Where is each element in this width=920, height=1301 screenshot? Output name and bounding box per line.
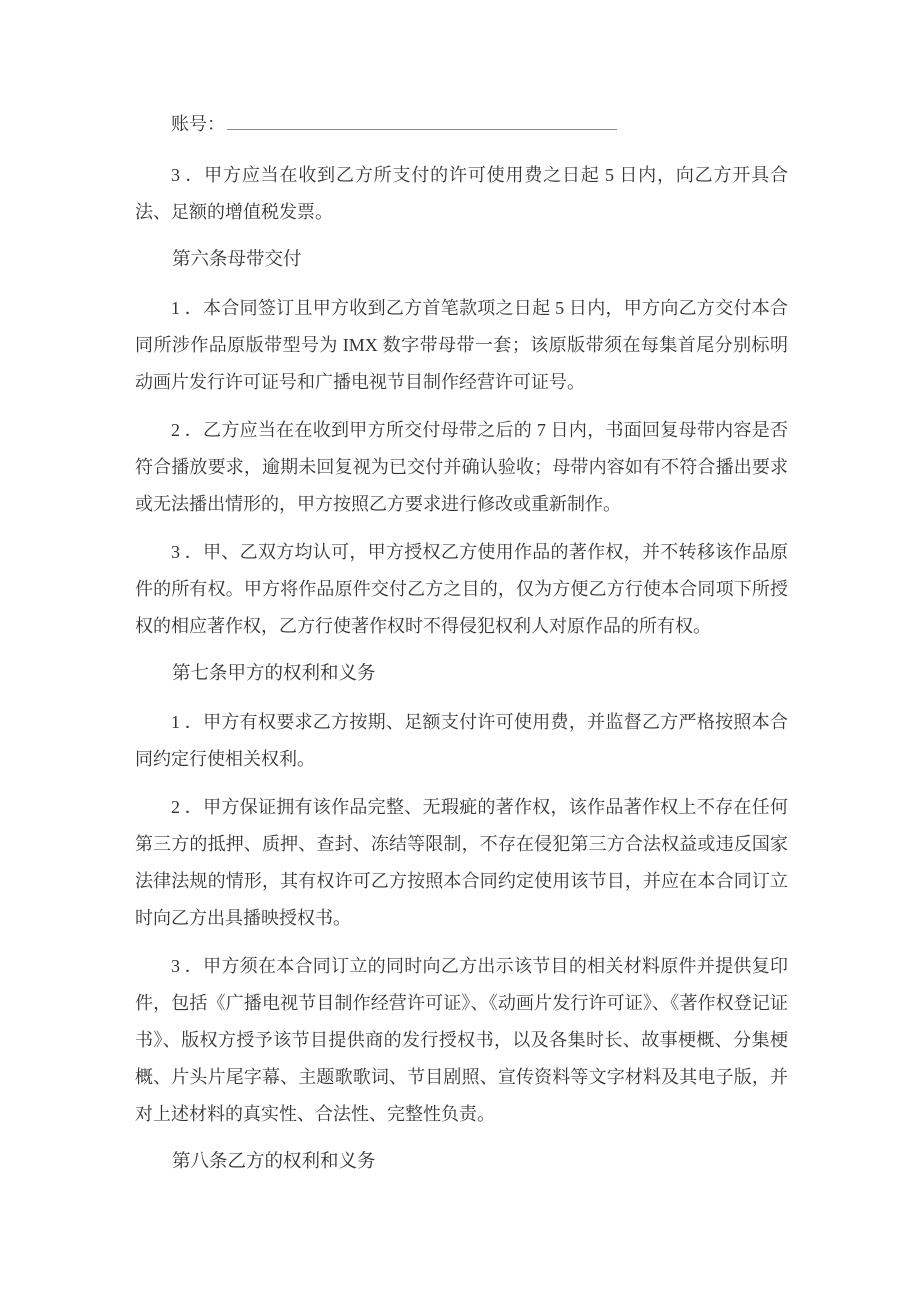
article-6-clause-3: 3 ．甲、乙双方均认可，甲方授权乙方使用作品的著作权，并不转移该作品原件的所有权…: [135, 534, 788, 645]
account-number-line: 账号：: [135, 106, 788, 143]
article-6-clause-2: 2 ．乙方应当在在收到甲方所交付母带之后的 7 日内，书面回复母带内容是否符合播…: [135, 412, 788, 523]
article-6-clause-1: 1 ．本合同签订且甲方收到乙方首笔款项之日起 5 日内，甲方向乙方交付本合同所涉…: [135, 290, 788, 401]
account-label: 账号：: [171, 106, 225, 143]
article-7-clause-3: 3 ．甲方须在本合同订立的同时向乙方出示该节目的相关材料原件并提供复印件，包括《…: [135, 948, 788, 1133]
article-7-clause-2: 2 ．甲方保证拥有该作品完整、无瑕疵的著作权，该作品著作权上不存在任何第三方的抵…: [135, 789, 788, 937]
invoice-clause: 3 ．甲方应当在收到乙方所支付的许可使用费之日起 5 日内，向乙方开具合法、足额…: [135, 157, 788, 231]
account-blank-underline: [227, 111, 617, 130]
article-6-heading: 第六条母带交付: [135, 242, 788, 279]
contract-document-page: 账号： 3 ．甲方应当在收到乙方所支付的许可使用费之日起 5 日内，向乙方开具合…: [0, 0, 920, 1301]
article-8-heading: 第八条乙方的权利和义务: [135, 1144, 788, 1181]
article-7-heading: 第七条甲方的权利和义务: [135, 656, 788, 693]
article-7-clause-1: 1 ．甲方有权要求乙方按期、足额支付许可使用费，并监督乙方严格按照本合同约定行使…: [135, 704, 788, 778]
